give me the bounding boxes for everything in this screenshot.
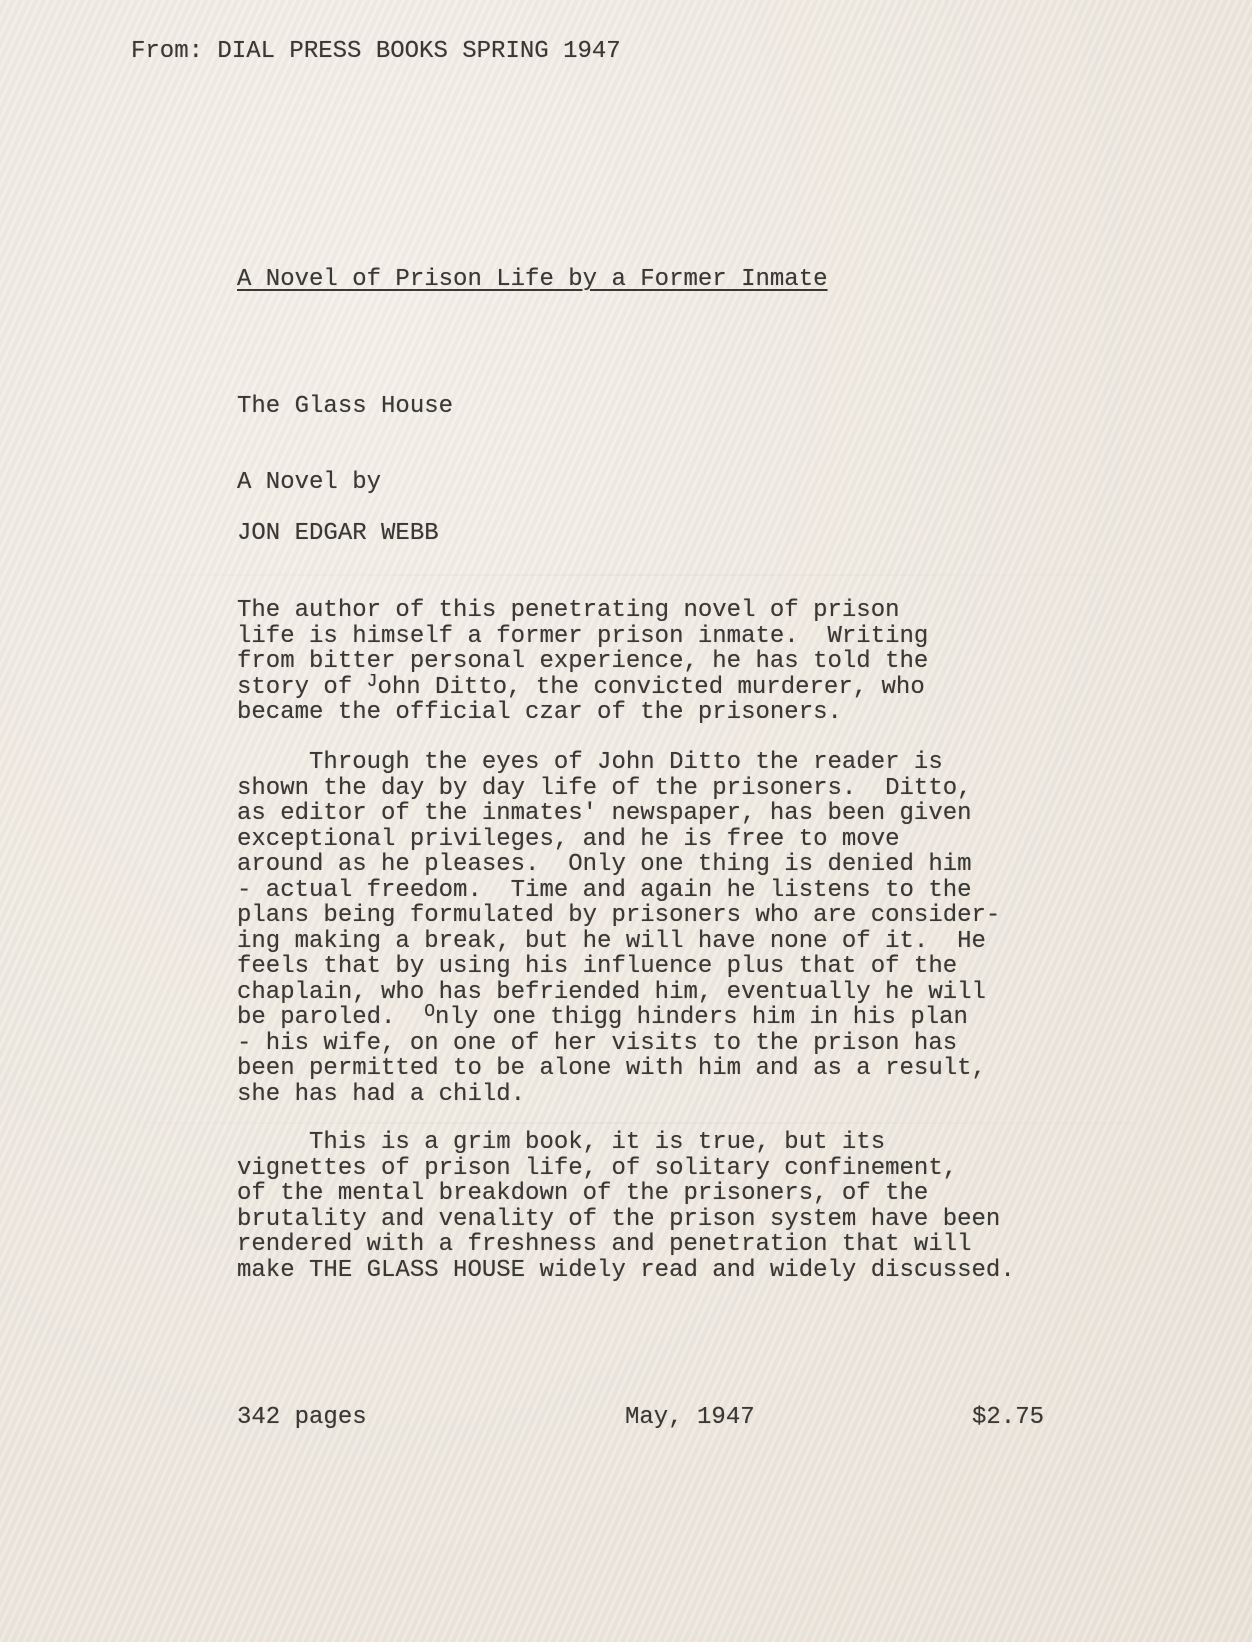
text-line: ing making a break, but he will have non…: [237, 929, 1000, 955]
text-line: be paroled. Only one thigg hinders him i…: [237, 1005, 1000, 1031]
text-line: make THE GLASS HOUSE widely read and wid…: [237, 1258, 1015, 1284]
paper-crease: [0, 1122, 1252, 1124]
paragraph-1: The author of this penetrating novel of …: [237, 598, 928, 726]
text-line: vignettes of prison life, of solitary co…: [237, 1156, 1015, 1182]
text-line: from bitter personal experience, he has …: [237, 649, 928, 675]
text-fragment: nly one thigg hinders him in his plan: [435, 1004, 968, 1031]
text-fragment: be paroled.: [237, 1004, 424, 1031]
document-heading: A Novel of Prison Life by a Former Inmat…: [237, 268, 828, 292]
text-line: been permitted to be alone with him and …: [237, 1056, 1000, 1082]
from-line: From: DIAL PRESS BOOKS SPRING 1947: [131, 40, 621, 64]
paragraph-2: Through the eyes of John Ditto the reade…: [237, 750, 1000, 1107]
superscript-letter: J: [367, 672, 378, 692]
superscript-letter: O: [424, 1002, 435, 1022]
publication-date: May, 1947: [625, 1406, 755, 1430]
text-line: - actual freedom. Time and again he list…: [237, 878, 1000, 904]
text-line: This is a grim book, it is true, but its: [237, 1130, 1015, 1156]
text-line: around as he pleases. Only one thing is …: [237, 852, 1000, 878]
price: $2.75: [972, 1406, 1044, 1430]
author-name: JON EDGAR WEBB: [237, 522, 439, 546]
text-line: shown the day by day life of the prisone…: [237, 776, 1000, 802]
text-line: story of John Ditto, the convicted murde…: [237, 675, 928, 701]
text-line: - his wife, on one of her visits to the …: [237, 1031, 1000, 1057]
byline: A Novel by: [237, 471, 381, 495]
text-line: of the mental breakdown of the prisoners…: [237, 1181, 1015, 1207]
text-line: rendered with a freshness and penetratio…: [237, 1232, 1015, 1258]
text-line: chaplain, who has befriended him, eventu…: [237, 980, 1000, 1006]
text-fragment: story of: [237, 674, 367, 701]
book-title: The Glass House: [237, 395, 453, 419]
page-count: 342 pages: [237, 1406, 367, 1430]
text-line: plans being formulated by prisoners who …: [237, 903, 1000, 929]
paragraph-3: This is a grim book, it is true, but its…: [237, 1130, 1015, 1283]
text-line: life is himself a former prison inmate. …: [237, 624, 928, 650]
text-line: brutality and venality of the prison sys…: [237, 1207, 1015, 1233]
text-line: exceptional privileges, and he is free t…: [237, 827, 1000, 853]
text-line: feels that by using his influence plus t…: [237, 954, 1000, 980]
text-line: she has had a child.: [237, 1082, 1000, 1108]
text-fragment: ohn Ditto, the convicted murderer, who: [377, 674, 924, 701]
paper-crease: [0, 574, 1252, 576]
text-line: The author of this penetrating novel of …: [237, 598, 928, 624]
text-line: Through the eyes of John Ditto the reade…: [237, 750, 1000, 776]
text-line: as editor of the inmates' newspaper, has…: [237, 801, 1000, 827]
text-line: became the official czar of the prisoner…: [237, 700, 928, 726]
